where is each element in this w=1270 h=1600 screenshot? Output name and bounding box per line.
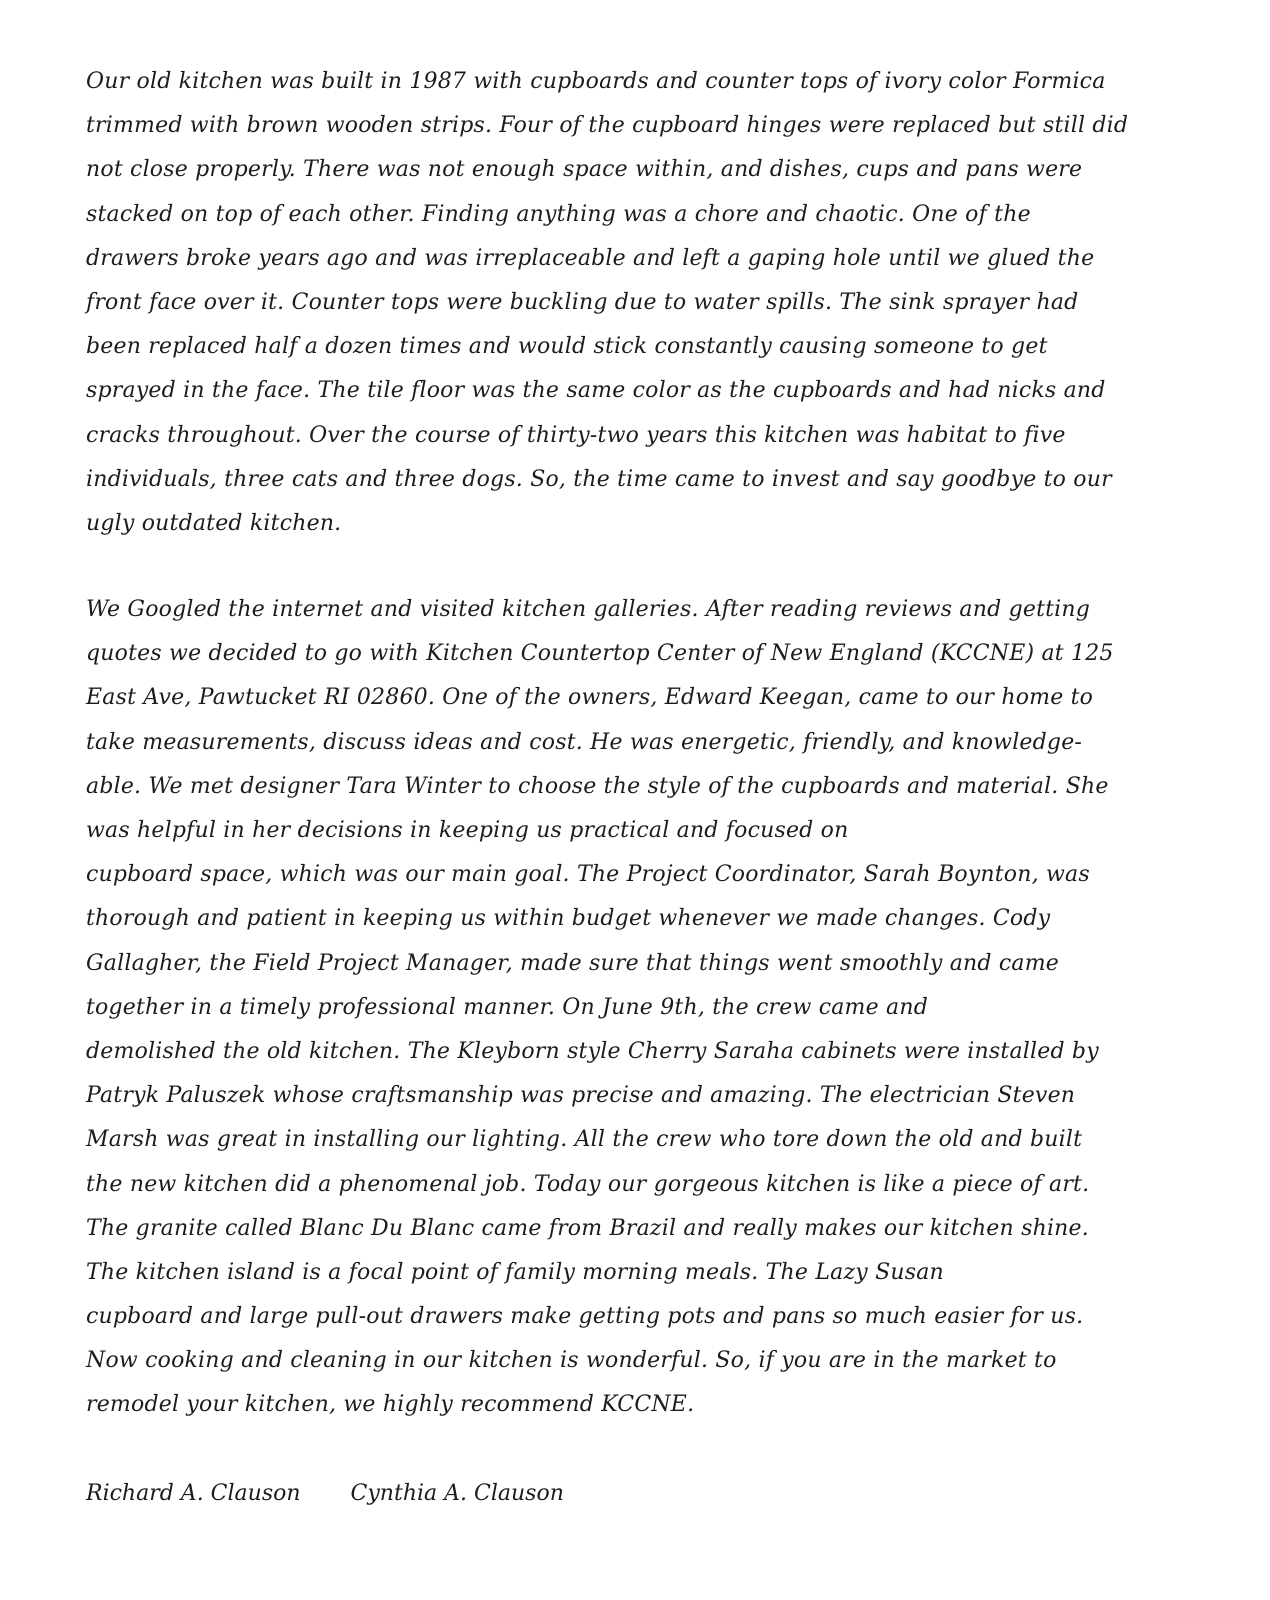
text-line: Patryk Paluszek whose craftsmanship was … <box>86 1074 1196 1118</box>
text-line: Our old kitchen was built in 1987 with c… <box>86 60 1196 104</box>
text-line: cupboard space, which was our main goal.… <box>86 853 1196 897</box>
paragraph-old-kitchen: Our old kitchen was built in 1987 with c… <box>86 60 1196 546</box>
text-line: remodel your kitchen, we highly recommen… <box>86 1383 1196 1427</box>
text-line: cupboard and large pull-out drawers make… <box>86 1295 1196 1339</box>
text-line: sprayed in the face. The tile floor was … <box>86 369 1196 413</box>
text-line: demolished the old kitchen. The Kleyborn… <box>86 1030 1196 1074</box>
text-line: ugly outdated kitchen. <box>86 502 1196 546</box>
text-line: quotes we decided to go with Kitchen Cou… <box>86 632 1196 676</box>
text-line: take measurements, discuss ideas and cos… <box>86 721 1196 765</box>
signature-cynthia: Cynthia A. Clauson <box>351 1472 564 1516</box>
text-line: the new kitchen did a phenomenal job. To… <box>86 1163 1196 1207</box>
text-line: East Ave, Pawtucket RI 02860. One of the… <box>86 676 1196 720</box>
text-line: been replaced half a dozen times and wou… <box>86 325 1196 369</box>
text-line: Marsh was great in installing our lighti… <box>86 1118 1196 1162</box>
text-line: drawers broke years ago and was irreplac… <box>86 237 1196 281</box>
signature-block: Richard A. Clauson Cynthia A. Clauson <box>86 1472 564 1516</box>
text-line: Now cooking and cleaning in our kitchen … <box>86 1339 1196 1383</box>
text-line: The granite called Blanc Du Blanc came f… <box>86 1207 1196 1251</box>
paragraph-remodel-review: We Googled the internet and visited kitc… <box>86 588 1196 1428</box>
letter-body: Our old kitchen was built in 1987 with c… <box>86 60 1196 1428</box>
text-line: together in a timely professional manner… <box>86 986 1196 1030</box>
text-line: not close properly. There was not enough… <box>86 148 1196 192</box>
text-line: thorough and patient in keeping us withi… <box>86 897 1196 941</box>
paragraph-spacer <box>86 546 1196 588</box>
text-line: Gallagher, the Field Project Manager, ma… <box>86 942 1196 986</box>
text-line: front face over it. Counter tops were bu… <box>86 281 1196 325</box>
text-line: able. We met designer Tara Winter to cho… <box>86 765 1196 809</box>
signature-richard: Richard A. Clauson <box>86 1472 301 1516</box>
text-line: cracks throughout. Over the course of th… <box>86 414 1196 458</box>
text-line: individuals, three cats and three dogs. … <box>86 458 1196 502</box>
text-line: stacked on top of each other. Finding an… <box>86 193 1196 237</box>
text-line: was helpful in her decisions in keeping … <box>86 809 1196 853</box>
text-line: trimmed with brown wooden strips. Four o… <box>86 104 1196 148</box>
text-line: The kitchen island is a focal point of f… <box>86 1251 1196 1295</box>
text-line: We Googled the internet and visited kitc… <box>86 588 1196 632</box>
